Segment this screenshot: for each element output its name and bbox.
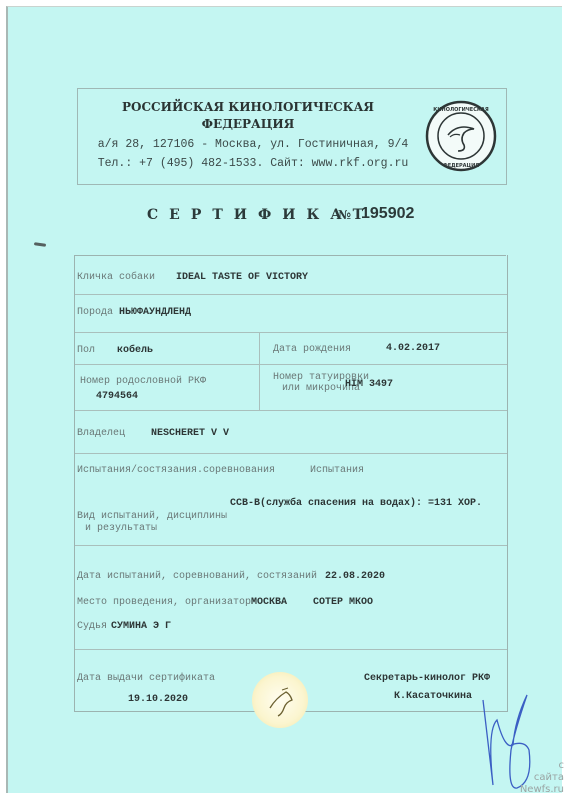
divider bbox=[259, 332, 260, 410]
venue-city-value: МОСКВА bbox=[251, 597, 287, 608]
sex-label: Пол bbox=[77, 345, 95, 356]
sex-value: кобель bbox=[117, 345, 153, 356]
divider bbox=[75, 294, 507, 295]
divider bbox=[75, 453, 507, 454]
event-type-value: Испытания bbox=[310, 465, 364, 476]
event-date-label: Дата испытаний, соревнований, состязаний bbox=[77, 571, 317, 582]
certificate-number-label: № bbox=[338, 208, 351, 222]
divider bbox=[75, 545, 507, 546]
rkf-seal-icon: КИНОЛОГИЧЕСКАЯ ФЕДЕРАЦИЯ bbox=[424, 99, 498, 173]
certificate-number: 195902 bbox=[361, 205, 414, 223]
svg-text:КИНОЛОГИЧЕСКАЯ: КИНОЛОГИЧЕСКАЯ bbox=[433, 107, 489, 113]
divider bbox=[75, 332, 507, 333]
breed-value: НЬЮФАУНДЛЕНД bbox=[119, 307, 191, 318]
organization-address: а/я 28, 127106 - Москва, ул. Гостиничная… bbox=[78, 138, 428, 151]
breed-label: Порода bbox=[77, 307, 113, 318]
discipline-label-line2: и результаты bbox=[85, 523, 157, 534]
organization-name-line1: РОССИЙСКАЯ КИНОЛОГИЧЕСКАЯ bbox=[78, 100, 418, 114]
watermark-line2: сайта bbox=[520, 772, 564, 784]
watermark-line1: с bbox=[520, 760, 564, 772]
venue-label: Место проведения, организатор bbox=[77, 597, 251, 608]
watermark: с сайта Newfs.ru bbox=[520, 760, 564, 796]
organization-contact: Тел.: +7 (495) 482-1533. Сайт: www.rkf.o… bbox=[78, 157, 428, 170]
divider bbox=[75, 649, 507, 650]
issue-date-value: 19.10.2020 bbox=[128, 694, 188, 705]
svg-text:ФЕДЕРАЦИЯ: ФЕДЕРАЦИЯ bbox=[443, 163, 480, 169]
organization-name-line2: ФЕДЕРАЦИЯ bbox=[78, 117, 418, 131]
birth-date-value: 4.02.2017 bbox=[386, 343, 440, 354]
certificate-table: Кличка собаки IDEAL TASTE OF VICTORY Пор… bbox=[74, 255, 508, 712]
owner-label: Владелец bbox=[77, 428, 125, 439]
secretary-name: К.Касаточкина bbox=[394, 691, 472, 702]
owner-value: NESCHERET V V bbox=[151, 428, 229, 439]
event-date-value: 22.08.2020 bbox=[325, 571, 385, 582]
judge-label: Судья bbox=[77, 621, 107, 632]
pedigree-label: Номер родословной РКФ bbox=[80, 376, 206, 387]
tattoo-value: HIM 3497 bbox=[345, 379, 393, 390]
event-type-label: Испытания/состязания.соревнования bbox=[77, 465, 275, 476]
secretary-label: Секретарь-кинолог РКФ bbox=[364, 673, 490, 684]
dog-name-label: Кличка собаки bbox=[77, 272, 155, 283]
discipline-result: ССВ-В(служба спасения на водах): =131 ХО… bbox=[230, 498, 482, 509]
birth-date-label: Дата рождения bbox=[273, 344, 351, 355]
watermark-line3: Newfs.ru bbox=[520, 784, 564, 796]
discipline-label-line1: Вид испытаний, дисциплины bbox=[77, 511, 227, 522]
divider bbox=[75, 410, 507, 411]
divider bbox=[75, 364, 507, 365]
dog-name-value: IDEAL TASTE OF VICTORY bbox=[176, 272, 308, 283]
organizer-value: СОТЕР МКОО bbox=[313, 597, 373, 608]
hologram-seal-icon bbox=[252, 672, 308, 728]
judge-value: СУМИНА Э Г bbox=[111, 621, 171, 632]
issue-date-label: Дата выдачи сертификата bbox=[77, 673, 215, 684]
organization-header: РОССИЙСКАЯ КИНОЛОГИЧЕСКАЯ ФЕДЕРАЦИЯ а/я … bbox=[77, 88, 507, 185]
pedigree-value: 4794564 bbox=[96, 391, 138, 402]
